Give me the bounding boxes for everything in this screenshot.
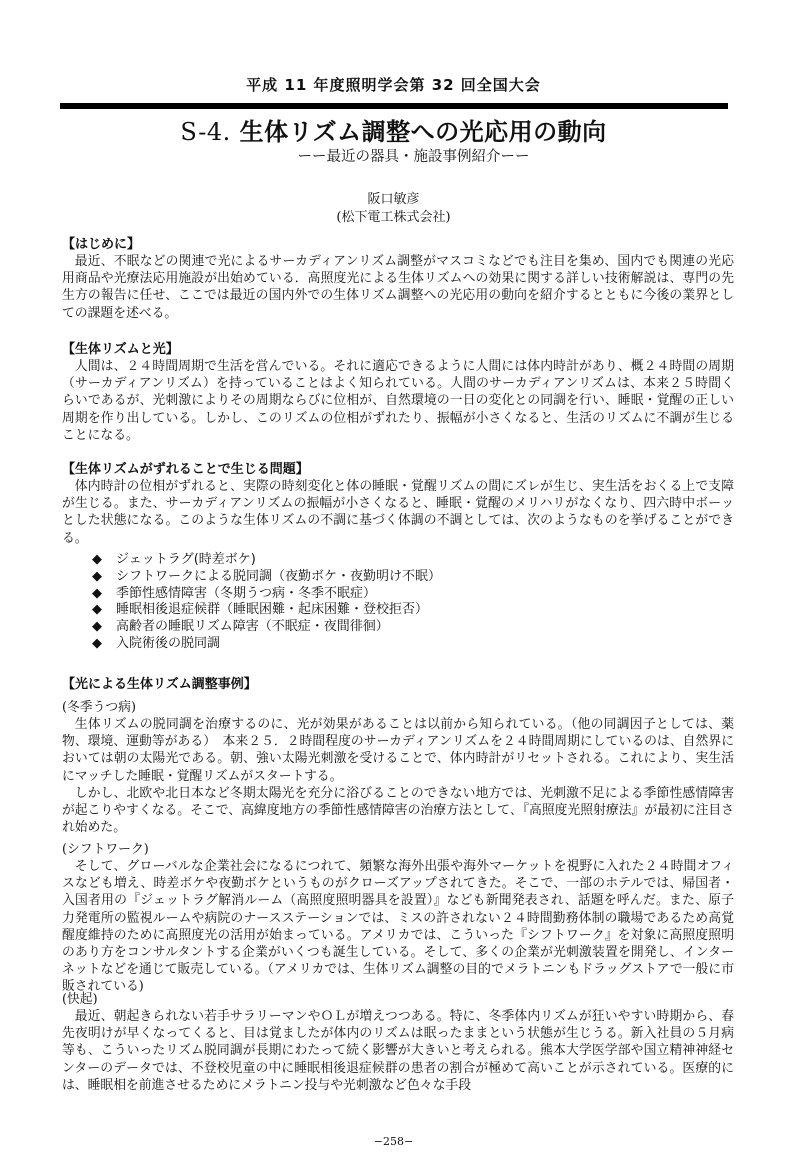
subsection-wakeup: (快起) 最近、朝起きられない若手サラリーマンやＯＬが増えつつある。特に、冬季体…: [62, 991, 734, 1094]
list-item: ◆季節性感情障害（冬期うつ病・冬季不眠症）: [92, 586, 592, 603]
subsection-winter-depression: (冬季うつ病) 生体リズムの脱同調を治療するのに、光が効果があることは以前から知…: [62, 699, 734, 836]
subsection-paragraph: しかし、北欧や北日本など冬期太陽光を充分に浴びることのできない地方では、光刺激不…: [62, 785, 734, 837]
subsection-label: (冬季うつ病): [62, 699, 734, 716]
author-affiliation: (松下電工株式会社): [0, 206, 787, 225]
section-problems: 【生体リズムがずれることで生じる問題】 体内時計の位相がずれると、実際の時刻変化…: [62, 461, 734, 547]
subsection-paragraph: そして、グローバルな企業社会になるにつれて、頻繁な海外出張や海外マーケットを視野…: [62, 858, 734, 996]
section-heading: 【生体リズムと光】: [62, 341, 734, 358]
section-paragraph: 体内時計の位相がずれると、実際の時刻変化と体の睡眠・覚醒リズムの間にズレが生じ、…: [62, 478, 734, 547]
diamond-bullet-icon: ◆: [92, 602, 116, 619]
list-item: ◆高齢者の睡眠リズム障害（不眠症・夜間徘徊）: [92, 619, 592, 636]
subsection-shiftwork: (シフトワーク) そして、グローバルな企業社会になるにつれて、頻繁な海外出張や海…: [62, 841, 734, 996]
symptom-list: ◆ジェットラグ(時差ボケ) ◆シフトワークによる脱同調（夜勤ボケ・夜勤明け不眠）…: [92, 552, 592, 653]
section-heading: 【はじめに】: [62, 236, 734, 253]
list-item: ◆入院術後の脱同調: [92, 636, 592, 653]
author-name: 阪口敏彦: [0, 188, 787, 207]
paper-title: S-4. 生体リズム調整への光応用の動向: [0, 112, 787, 147]
title-number: S-4.: [180, 118, 230, 146]
diamond-bullet-icon: ◆: [92, 569, 116, 586]
title-text: 生体リズム調整への光応用の動向: [240, 118, 607, 146]
section-cases-heading: 【光による生体リズム調整事例】: [62, 676, 734, 693]
page-number: −258−: [0, 1135, 787, 1148]
header-rule: [60, 103, 728, 109]
section-heading: 【生体リズムがずれることで生じる問題】: [62, 461, 734, 478]
subsection-paragraph: 生体リズムの脱同調を治療するのに、光が効果があることは以前から知られている。（他…: [62, 716, 734, 785]
diamond-bullet-icon: ◆: [92, 552, 116, 569]
section-rhythm-light: 【生体リズムと光】 人間は、２４時間周期で生活を営んでいる。それに適応できるよう…: [62, 341, 734, 444]
paper-subtitle: ーー最近の器具・施設事例紹介ーー: [0, 145, 787, 166]
list-item: ◆シフトワークによる脱同調（夜勤ボケ・夜勤明け不眠）: [92, 569, 592, 586]
conference-header: 平成 11 年度照明学会第 32 回全国大会: [0, 74, 787, 95]
section-heading: 【光による生体リズム調整事例】: [62, 676, 734, 693]
diamond-bullet-icon: ◆: [92, 619, 116, 636]
diamond-bullet-icon: ◆: [92, 636, 116, 653]
diamond-bullet-icon: ◆: [92, 586, 116, 603]
section-paragraph: 最近、不眠などの関連で光によるサーカディアンリズム調整がマスコミなどでも注目を集…: [62, 253, 734, 322]
list-item: ◆ジェットラグ(時差ボケ): [92, 552, 592, 569]
section-intro: 【はじめに】 最近、不眠などの関連で光によるサーカディアンリズム調整がマスコミな…: [62, 236, 734, 322]
subsection-label: (快起): [62, 991, 734, 1008]
section-paragraph: 人間は、２４時間周期で生活を営んでいる。それに適応できるように人間には体内時計が…: [62, 358, 734, 444]
subsection-label: (シフトワーク): [62, 841, 734, 858]
list-item: ◆睡眠相後退症候群（睡眠困難・起床困難・登校拒否）: [92, 602, 592, 619]
subsection-paragraph: 最近、朝起きられない若手サラリーマンやＯＬが増えつつある。特に、冬季体内リズムが…: [62, 1008, 734, 1094]
